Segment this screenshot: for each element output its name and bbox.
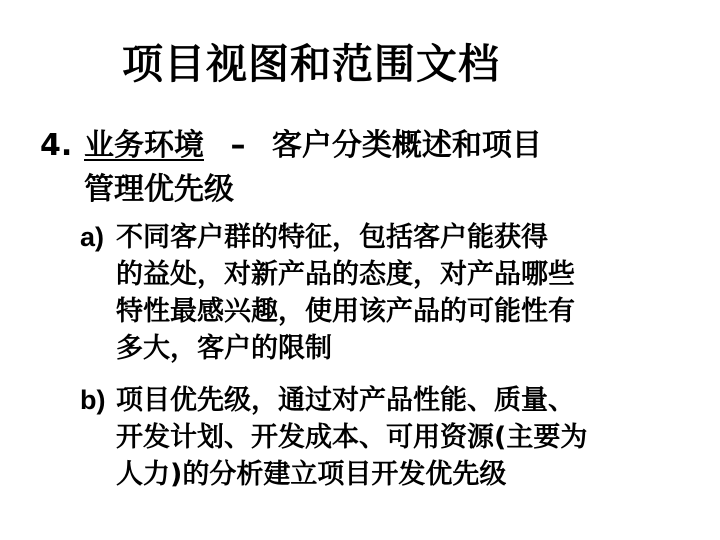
sub-a-line-1: a)不同客户群的特征，包括客户能获得 xyxy=(80,219,700,256)
item-heading: 业务环境 xyxy=(84,128,204,163)
item-number: 4. xyxy=(40,124,84,168)
item-heading-rest: 客户分类概述和项目 xyxy=(272,128,542,163)
sub-a-line-2: 的益处，对新产品的态度，对产品哪些 xyxy=(80,256,700,293)
sub-b-line-3: 人力)的分析建立项目开发优先级 xyxy=(80,456,700,493)
sub-a-marker: a) xyxy=(80,219,116,256)
sub-a-text: 不同客户群的特征，包括客户能获得 xyxy=(116,222,548,253)
sub-b-line-2: 开发计划、开发成本、可用资源(主要为 xyxy=(80,419,700,456)
sub-item-a: a)不同客户群的特征，包括客户能获得 的益处，对新产品的态度，对产品哪些 特性最… xyxy=(80,219,700,367)
sub-b-text: 项目优先级，通过对产品性能、质量、 xyxy=(116,385,575,416)
sub-b-marker: b) xyxy=(80,382,116,419)
sub-b-line-1: b)项目优先级，通过对产品性能、质量、 xyxy=(80,382,700,419)
sub-a-line-4: 多大，客户的限制 xyxy=(80,330,700,367)
item-4-line-2: 管理优先级 xyxy=(40,168,700,212)
sub-item-b: b)项目优先级，通过对产品性能、质量、 开发计划、开发成本、可用资源(主要为 人… xyxy=(80,382,700,493)
item-4: 4.业务环境 – 客户分类概述和项目 管理优先级 xyxy=(40,124,700,212)
item-4-line-1: 4.业务环境 – 客户分类概述和项目 xyxy=(40,124,700,168)
item-separator: – xyxy=(204,128,272,163)
sub-a-line-3: 特性最感兴趣，使用该产品的可能性有 xyxy=(80,293,700,330)
slide-title: 项目视图和范围文档 xyxy=(122,36,500,92)
